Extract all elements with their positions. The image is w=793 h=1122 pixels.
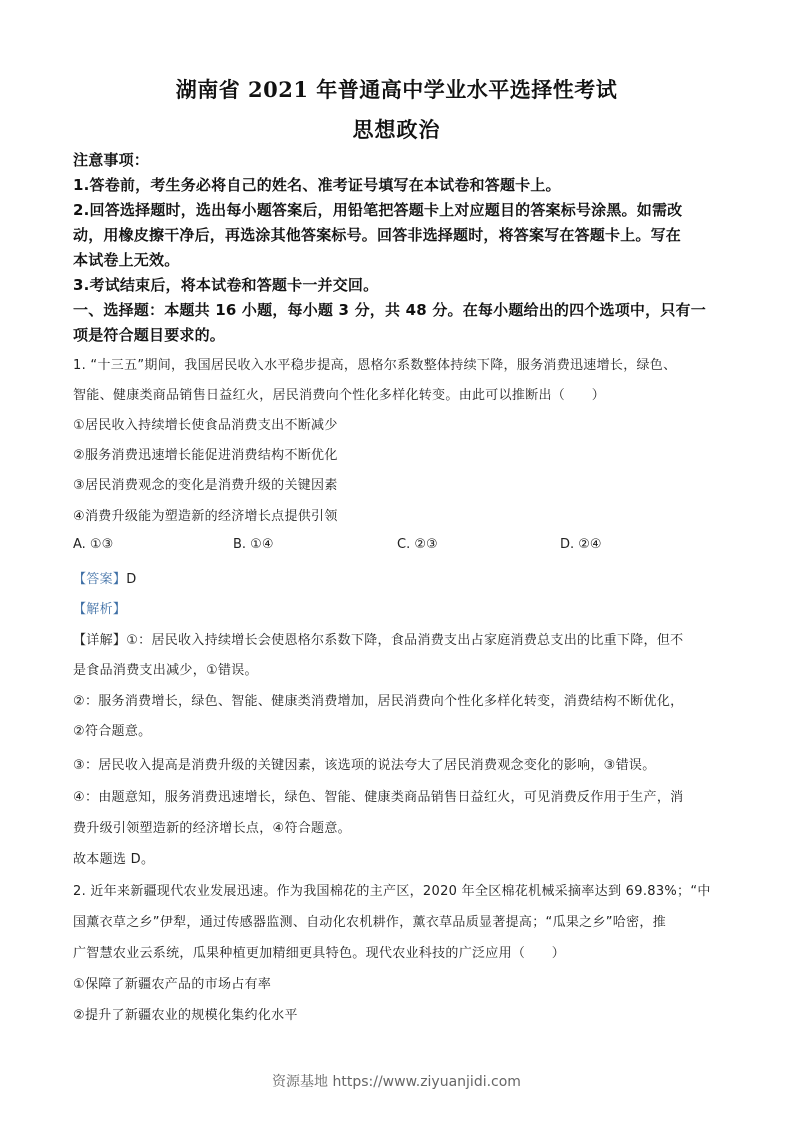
question-2-stem: 2. 近年来新疆现代农业发展迅速。作为我国棉花的主产区，2020 年全区棉花机械…	[73, 880, 733, 899]
question-1-stem: 智能、健康类商品销售日益红火，居民消费向个性化多样化转变。由此可以推断出（ ）	[73, 384, 733, 403]
detail-line: 是食品消费支出减少，①错误。	[73, 659, 733, 678]
question-1-statement: ①居民收入持续增长使食品消费支出不断减少	[73, 414, 733, 433]
question-2-statement: ②提升了新疆农业的规模化集约化水平	[73, 1004, 733, 1023]
notice-line: 2.回答选择题时，选出每小题答案后，用铅笔把答题卡上对应题目的答案标号涂黑。如需…	[73, 199, 733, 220]
question-2-statement: ①保障了新疆农产品的市场占有率	[73, 973, 733, 992]
detail-line: ②：服务消费增长，绿色、智能、健康类消费增加，居民消费向个性化多样化转变，消费结…	[73, 690, 733, 709]
option-a: A. ①③	[73, 537, 113, 552]
detail-line: 【详解】①：居民收入持续增长会使恩格尔系数下降，食品消费支出占家庭消费总支出的比…	[73, 629, 733, 648]
notice-heading: 注意事项：	[73, 149, 733, 170]
question-2-stem: 国薰衣草之乡”伊犁，通过传感器监测、自动化农机耕作，薰衣草品质显著提高；“瓜果之…	[73, 911, 733, 930]
question-1-statement: ④消费升级能为塑造新的经济增长点提供引领	[73, 505, 733, 524]
detail-line: ④：由题意知，服务消费迅速增长，绿色、智能、健康类商品销售日益红火，可见消费反作…	[73, 786, 733, 805]
analysis-label: 【解析】	[73, 598, 733, 617]
exam-subject: 思想政治	[0, 114, 793, 144]
notice-line: 本试卷上无效。	[73, 249, 733, 270]
option-d: D. ②④	[560, 537, 602, 552]
section-heading: 项是符合题目要求的。	[73, 324, 733, 345]
answer-line: 【答案】D	[73, 568, 733, 587]
question-1-statement: ③居民消费观念的变化是消费升级的关键因素	[73, 474, 733, 493]
exam-page: 湖南省 2021 年普通高中学业水平选择性考试 思想政治 注意事项： 1.答卷前…	[0, 0, 793, 1122]
detail-line: 费升级引领塑造新的经济增长点，④符合题意。	[73, 817, 733, 836]
notice-line: 3.考试结束后，将本试卷和答题卡一并交回。	[73, 274, 733, 295]
detail-line: ③：居民收入提高是消费升级的关键因素，该选项的说法夸大了居民消费观念变化的影响，…	[73, 754, 733, 773]
detail-label: 【详解】	[73, 633, 126, 648]
option-b: B. ①④	[233, 537, 274, 552]
question-2-stem: 广智慧农业云系统，瓜果种植更加精细更具特色。现代农业科技的广泛应用（ ）	[73, 942, 733, 961]
option-c: C. ②③	[397, 537, 438, 552]
question-1-statement: ②服务消费迅速增长能促进消费结构不断优化	[73, 444, 733, 463]
exam-title: 湖南省 2021 年普通高中学业水平选择性考试	[0, 74, 793, 104]
detail-text: ①：居民收入持续增长会使恩格尔系数下降，食品消费支出占家庭消费总支出的比重下降，…	[126, 633, 683, 648]
answer-value: D	[126, 572, 136, 587]
notice-line: 1.答卷前，考生务必将自己的姓名、准考证号填写在本试卷和答题卡上。	[73, 174, 733, 195]
conclusion-line: 故本题选 D。	[73, 848, 733, 867]
question-1-stem: 1. “十三五”期间，我国居民收入水平稳步提高，恩格尔系数整体持续下降，服务消费…	[73, 354, 733, 373]
detail-line: ②符合题意。	[73, 720, 733, 739]
section-heading: 一、选择题：本题共 16 小题，每小题 3 分，共 48 分。在每小题给出的四个…	[73, 299, 733, 320]
footer-watermark: 资源基地 https://www.ziyuanjidi.com	[0, 1071, 793, 1091]
answer-label: 【答案】	[73, 572, 126, 587]
notice-line: 动，用橡皮擦干净后，再选涂其他答案标号。回答非选择题时，将答案写在答题卡上。写在	[73, 224, 733, 245]
